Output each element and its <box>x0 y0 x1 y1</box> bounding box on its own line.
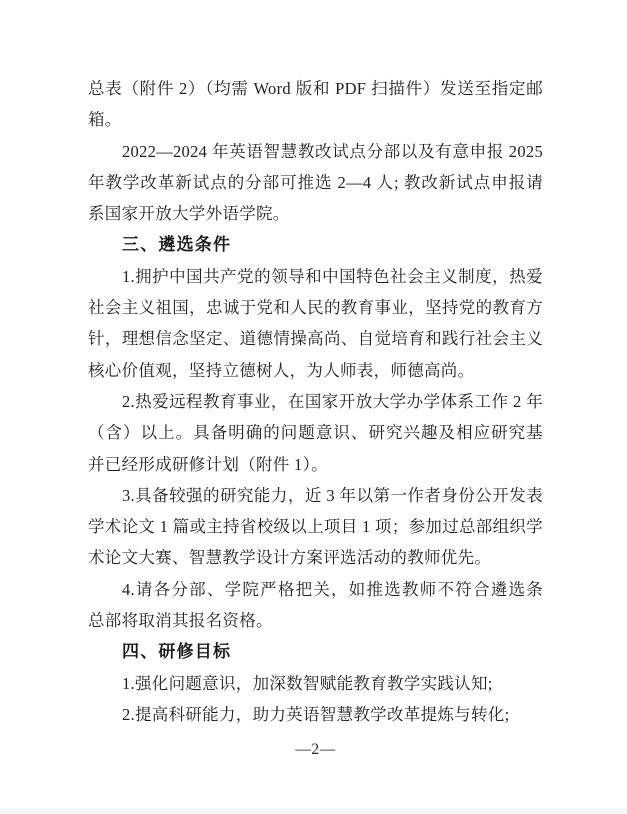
document-line: 总表（附件 2）（均需 Word 版和 PDF 扫描件）发送至指定邮 <box>88 73 543 104</box>
document-line: 3.具备较强的研究能力，近 3 年以第一作者身份公开发表 <box>88 480 543 511</box>
document-line: 2.提高科研能力，助力英语智慧教学改革提炼与转化; <box>88 699 543 730</box>
document-line: 年教学改革新试点的分部可推选 2—4 人; 教改新试点申报请联 <box>88 167 543 198</box>
document-line: 箱。 <box>88 104 543 135</box>
document-line: 4.请各分部、学院严格把关，如推选教师不符合遴选条件， <box>88 574 543 605</box>
document-line: 总部将取消其报名资格。 <box>88 605 543 636</box>
page-number: —2— <box>88 740 543 760</box>
document-line: （含）以上。具备明确的问题意识、研究兴趣及相应研究基础， <box>88 417 543 448</box>
document-line: 2.热爱远程教育事业，在国家开放大学办学体系工作 2 年 <box>88 386 543 417</box>
scan-edge <box>0 808 627 814</box>
document-line: 术论文大赛、智慧教学设计方案评选活动的教师优先。 <box>88 542 543 573</box>
document-line: 学术论文 1 篇或主持省校级以上项目 1 项；参加过总部组织学 <box>88 511 543 542</box>
section-heading: 三、遴选条件 <box>88 229 543 260</box>
document-line: 针，理想信念坚定、道德情操高尚、自觉培育和践行社会主义 <box>88 323 543 354</box>
section-heading: 四、研修目标 <box>88 636 543 667</box>
document-page: 总表（附件 2）（均需 Word 版和 PDF 扫描件）发送至指定邮箱。2022… <box>0 0 627 814</box>
document-line: 社会主义祖国，忠诚于党和人民的教育事业，坚持党的教育方 <box>88 292 543 323</box>
document-line: 并已经形成研修计划（附件 1）。 <box>88 449 543 480</box>
document-line: 2022—2024 年英语智慧教改试点分部以及有意申报 2025 <box>88 136 543 167</box>
document-body: 总表（附件 2）（均需 Word 版和 PDF 扫描件）发送至指定邮箱。2022… <box>88 73 543 730</box>
document-line: 1.强化问题意识，加深数智赋能教育教学实践认知; <box>88 668 543 699</box>
document-line: 系国家开放大学外语学院。 <box>88 198 543 229</box>
document-line: 核心价值观，坚持立德树人，为人师表，师德高尚。 <box>88 355 543 386</box>
document-line: 1.拥护中国共产党的领导和中国特色社会主义制度，热爱 <box>88 261 543 292</box>
